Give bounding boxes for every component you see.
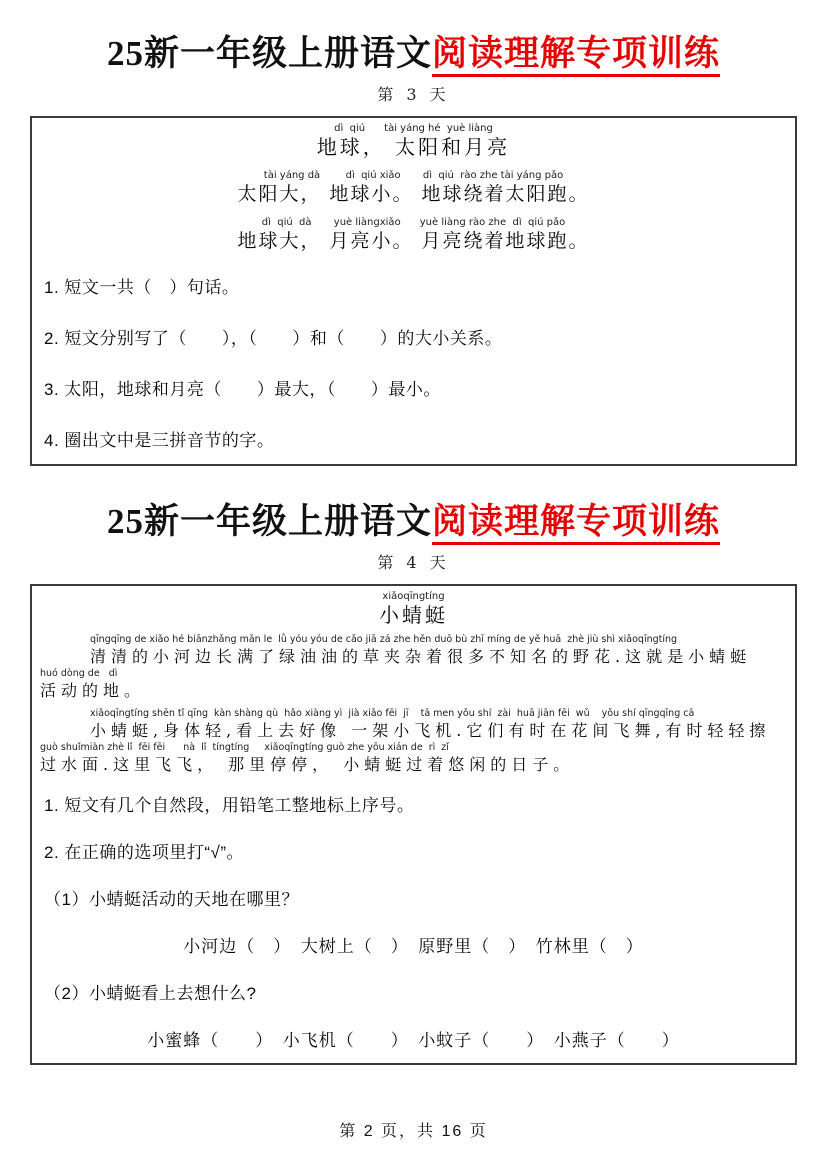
section2-subquestion-1: （1）小蜻蜓活动的天地在哪里？ [44,885,787,910]
passage2-paragraph1-line2: huó dòng de dì 活动的地。 [40,667,787,701]
passage2-p1l1-hanzi: 清清的小河边长满了绿油油的草夹杂着很多不知名的野花.这就是小蜻蜓 [90,646,787,667]
section2-day-label: 第 4 天 [0,550,827,573]
passage1-line1: tài yáng dà dì qiú xiǎo dì qiú rào zhe t… [40,169,787,206]
passage1-line2-hanzi: 地球大， 月亮小。 月亮绕着地球跑。 [40,229,787,253]
section2-options-row-1: 小河边（ ） 大树上（ ） 原野里（ ） 竹林里（ ） [40,932,787,957]
section2-question-2: 2. 在正确的选项里打“√”。 [44,838,787,863]
section1-day-label: 第 3 天 [0,82,827,105]
section2-header: 25新一年级上册语文阅读理解专项训练 第 4 天 [0,466,827,573]
section2-subquestion-2: （2）小蜻蜓看上去想什么? [44,979,787,1004]
passage2-p1l1-pinyin: qīngqīng de xiǎo hé biānzhǎng mǎn le lǜ … [90,633,787,646]
section1-title-topic: 阅读理解专项训练 [432,34,720,77]
section1-title-course: 25新一年级上册语文 [107,34,432,73]
passage1-title-hanzi: 地球， 太阳和月亮 [40,135,787,159]
section2-title-topic: 阅读理解专项训练 [432,502,720,545]
passage2-title-hanzi: 小蜻蜓 [40,603,787,627]
passage1-line1-hanzi: 太阳大， 地球小。 地球绕着太阳跑。 [40,182,787,206]
worksheet-page: 25新一年级上册语文阅读理解专项训练 第 3 天 dì qiú tài yáng… [0,0,827,1169]
section2-title-course: 25新一年级上册语文 [107,502,432,541]
passage1-line1-pinyin: tài yáng dà dì qiú xiǎo dì qiú rào zhe t… [40,169,787,182]
passage2-paragraph1-line1: qīngqīng de xiǎo hé biānzhǎng mǎn le lǜ … [40,633,787,667]
section1-question-list: 1. 短文一共（ ）句话。 2. 短文分别写了（ ），（ ）和（ ）的大小关系。… [40,273,787,451]
passage1-title-pinyin: dì qiú tài yáng hé yuè liàng [40,122,787,135]
section1-question-3: 3. 太阳，地球和月亮（ ）最大，（ ）最小。 [44,375,787,400]
section1-header: 25新一年级上册语文阅读理解专项训练 第 3 天 [0,0,827,105]
section2-title: 25新一年级上册语文阅读理解专项训练 [0,502,827,541]
passage2-p2l2-hanzi: 过水面.这里飞飞， 那里停停， 小蜻蜓过着悠闲的日子。 [40,754,787,775]
passage2-p2l2-pinyin: guò shuǐmiàn zhè lǐ fēi fēi nà lǐ tíngtí… [40,741,787,754]
passage1-line2-pinyin: dì qiú dà yuè liàngxiǎo yuè liàng rào zh… [40,216,787,229]
page-number-indicator: 第 2 页，共 16 页 [0,1118,827,1141]
passage2-p1l2-hanzi: 活动的地。 [40,680,787,701]
section1-question-1: 1. 短文一共（ ）句话。 [44,273,787,298]
section2-question-1: 1. 短文有几个自然段，用铅笔工整地标上序号。 [44,791,787,816]
section1-question-4: 4. 圈出文中是三拼音节的字。 [44,426,787,451]
section2-options-row-2: 小蜜蜂（ ） 小飞机（ ） 小蚊子（ ） 小燕子（ ） [40,1026,787,1051]
section1-title: 25新一年级上册语文阅读理解专项训练 [0,34,827,73]
passage2-title-line: xiǎoqīngtíng 小蜻蜓 [40,590,787,627]
passage2-paragraph2-line1: xiǎoqīngtíng shēn tǐ qīng kàn shàng qù h… [40,707,787,741]
passage2-paragraph2-line2: guò shuǐmiàn zhè lǐ fēi fēi nà lǐ tíngtí… [40,741,787,775]
passage2-p2l1-hanzi: 小蜻蜓,身体轻,看上去好像 一架小飞机.它们有时在花间飞舞,有时轻轻擦 [90,720,787,741]
section2-exercise-box: xiǎoqīngtíng 小蜻蜓 qīngqīng de xiǎo hé biā… [30,584,797,1065]
passage2-title-pinyin: xiǎoqīngtíng [40,590,787,603]
passage2-p2l1-pinyin: xiǎoqīngtíng shēn tǐ qīng kàn shàng qù h… [90,707,787,720]
passage1-title-line: dì qiú tài yáng hé yuè liàng 地球， 太阳和月亮 [40,122,787,159]
section2-question-list: 1. 短文有几个自然段，用铅笔工整地标上序号。 2. 在正确的选项里打“√”。 … [40,791,787,1051]
section1-question-2: 2. 短文分别写了（ ），（ ）和（ ）的大小关系。 [44,324,787,349]
passage2-p1l2-pinyin: huó dòng de dì [40,667,787,680]
passage1-line2: dì qiú dà yuè liàngxiǎo yuè liàng rào zh… [40,216,787,253]
section1-exercise-box: dì qiú tài yáng hé yuè liàng 地球， 太阳和月亮 t… [30,116,797,466]
